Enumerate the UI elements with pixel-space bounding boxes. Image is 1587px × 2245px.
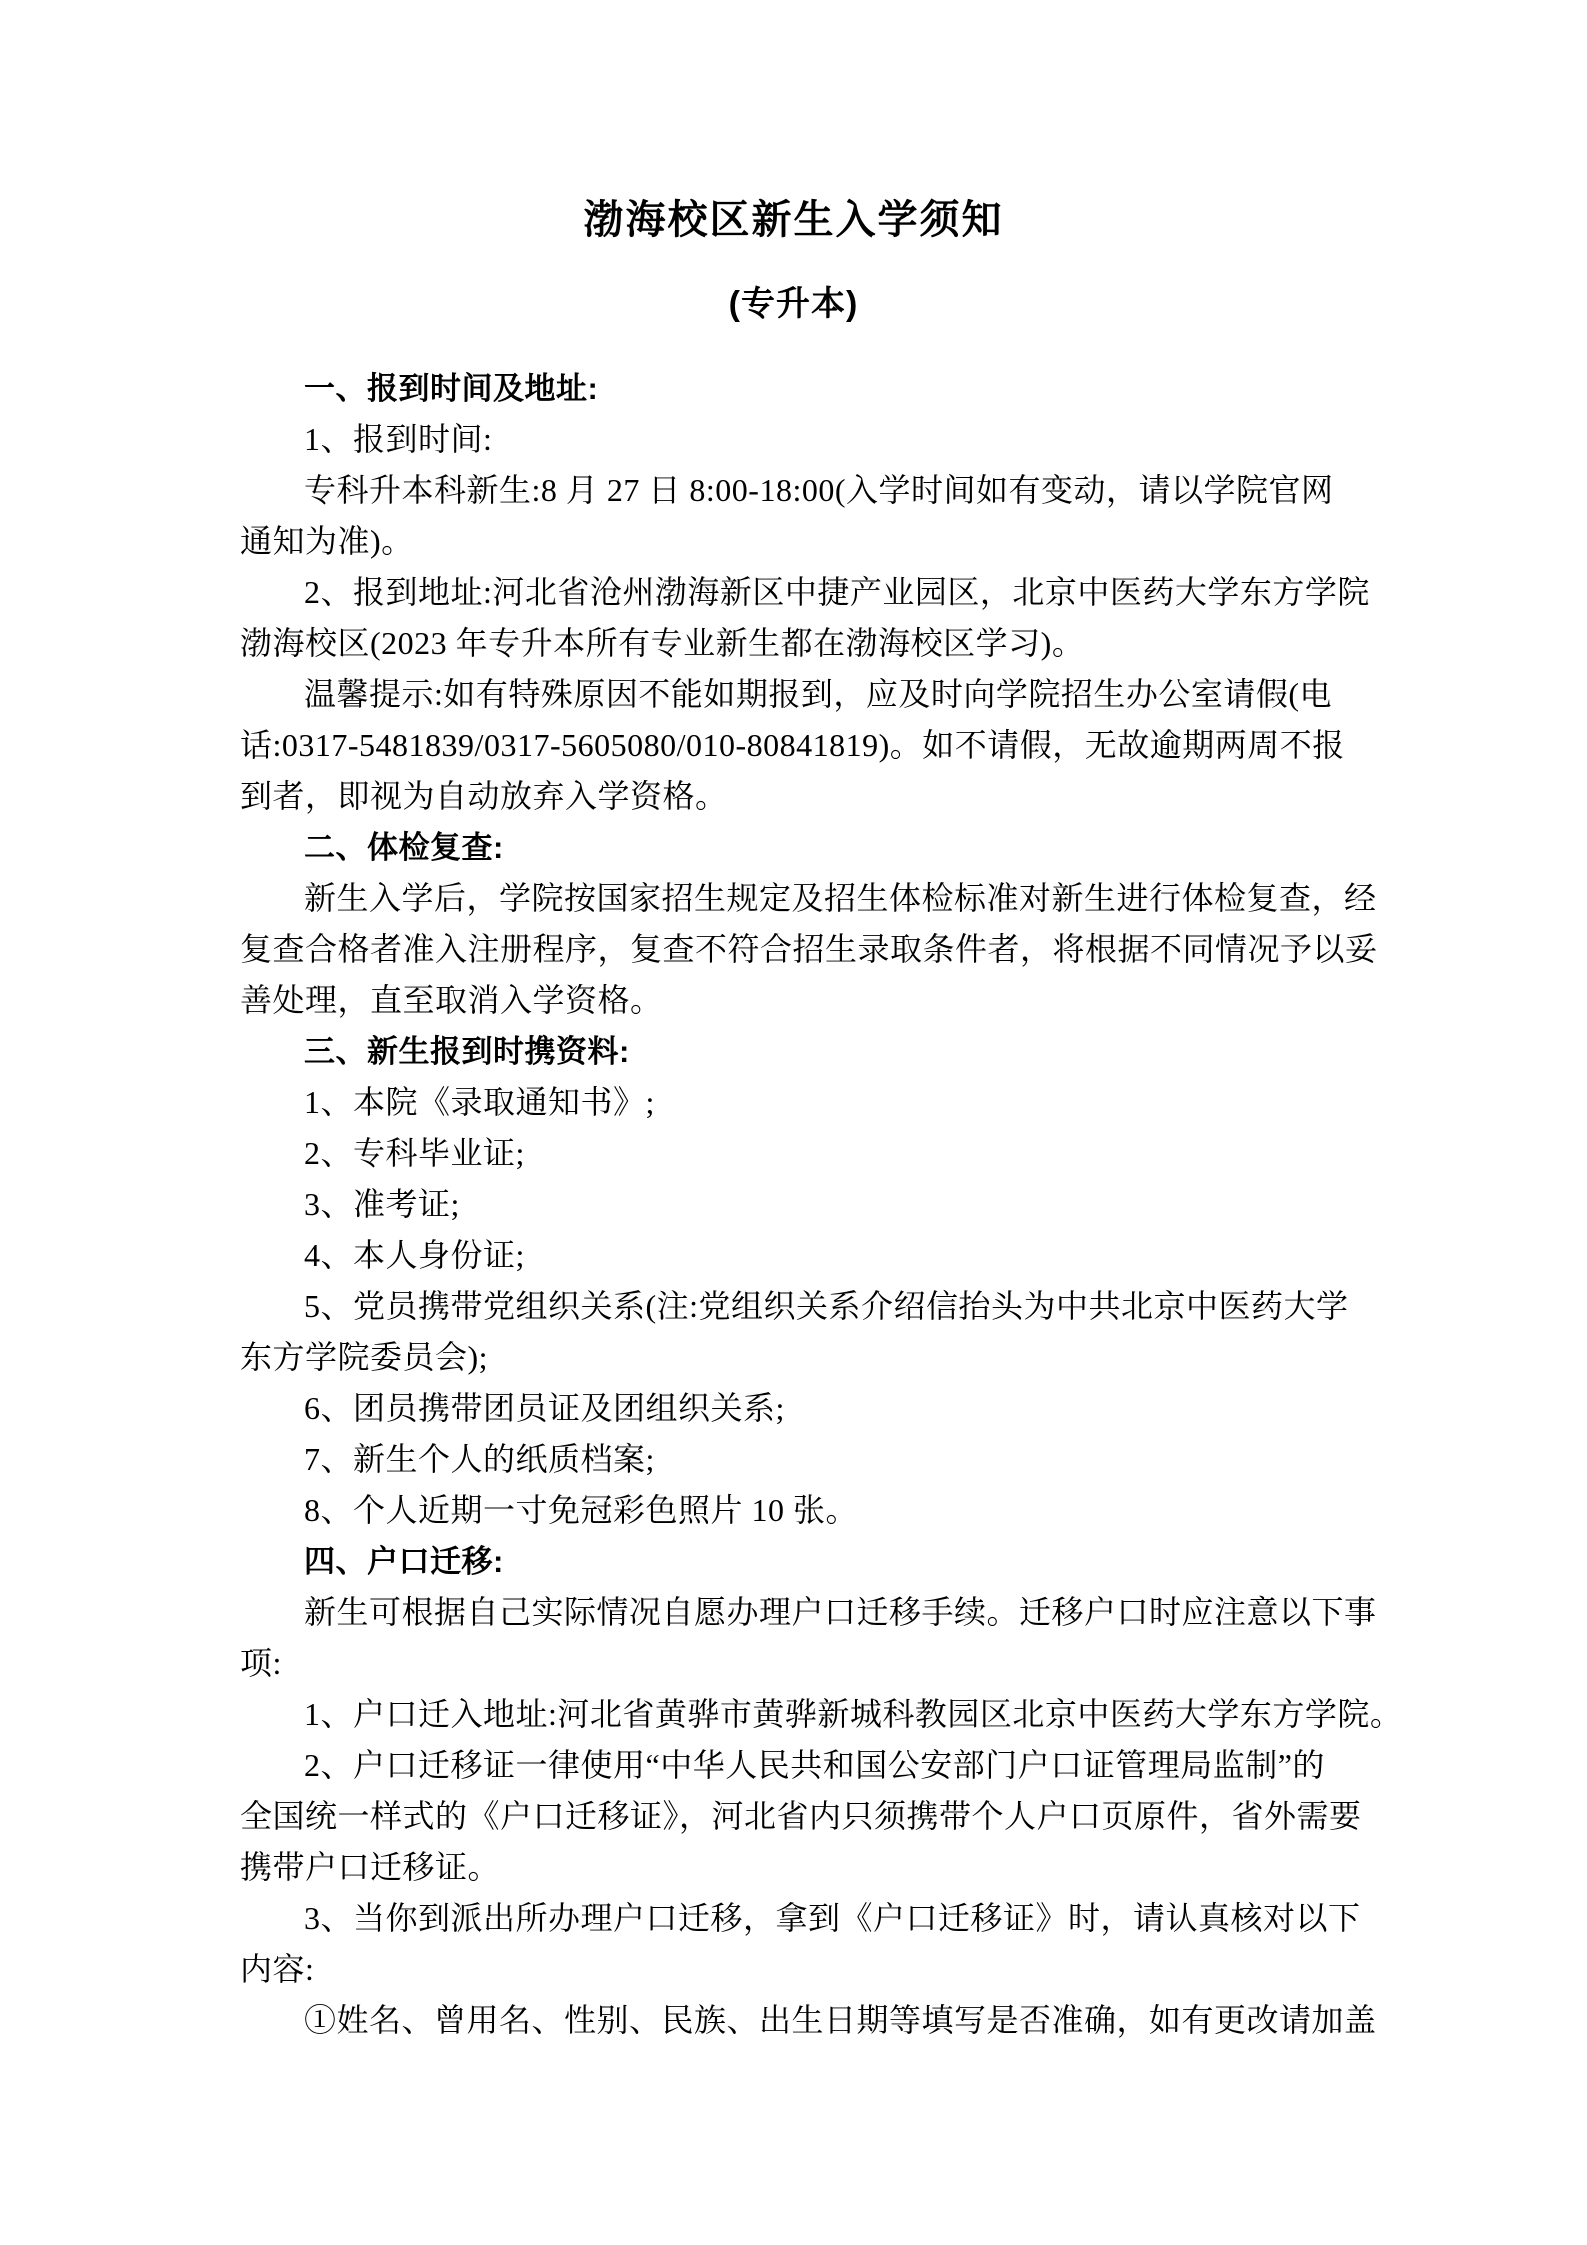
- text-line: 携带户口迁移证。: [240, 1842, 1370, 1893]
- text-line: 通知为准)。: [240, 516, 1370, 567]
- text-line: 话:0317-5481839/0317-5605080/010-80841819…: [240, 720, 1370, 771]
- section-heading-line: 二、体检复查:: [240, 822, 1370, 873]
- text-line: 到者，即视为自动放弃入学资格。: [240, 771, 1370, 822]
- document-subtitle: (专升本): [0, 283, 1587, 325]
- section-heading-line: 四、户口迁移:: [240, 1536, 1370, 1587]
- text-line: 东方学院委员会);: [240, 1332, 1370, 1383]
- text-line: 全国统一样式的《户口迁移证》，河北省内只须携带个人户口页原件，省外需要: [240, 1791, 1370, 1842]
- text-line: 2、报到地址:河北省沧州渤海新区中捷产业园区，北京中医药大学东方学院: [240, 567, 1370, 618]
- document-title: 渤海校区新生入学须知: [0, 196, 1587, 244]
- text-line: 4、本人身份证;: [240, 1230, 1370, 1281]
- text-line: 善处理，直至取消入学资格。: [240, 975, 1370, 1026]
- text-line: 温馨提示:如有特殊原因不能如期报到，应及时向学院招生办公室请假(电: [240, 669, 1370, 720]
- text-line: 复查合格者准入注册程序，复查不符合招生录取条件者，将根据不同情况予以妥: [240, 924, 1370, 975]
- document-body: 一、报到时间及地址:1、报到时间:专科升本科新生:8 月 27 日 8:00-1…: [240, 363, 1370, 2046]
- text-line: 7、新生个人的纸质档案;: [240, 1434, 1370, 1485]
- text-line: 6、团员携带团员证及团组织关系;: [240, 1383, 1370, 1434]
- section-heading-line: 三、新生报到时携资料:: [240, 1026, 1370, 1077]
- text-line: 1、报到时间:: [240, 414, 1370, 465]
- text-line: 2、专科毕业证;: [240, 1128, 1370, 1179]
- text-line: 3、当你到派出所办理户口迁移，拿到《户口迁移证》时，请认真核对以下: [240, 1893, 1370, 1944]
- section-heading-line: 一、报到时间及地址:: [240, 363, 1370, 414]
- text-line: 3、准考证;: [240, 1179, 1370, 1230]
- text-line: 项:: [240, 1638, 1370, 1689]
- text-line: 5、党员携带党组织关系(注:党组织关系介绍信抬头为中共北京中医药大学: [240, 1281, 1370, 1332]
- document-page: 渤海校区新生入学须知 (专升本) 一、报到时间及地址:1、报到时间:专科升本科新…: [0, 0, 1587, 2245]
- text-line: 新生入学后，学院按国家招生规定及招生体检标准对新生进行体检复查，经: [240, 873, 1370, 924]
- text-line: ①姓名、曾用名、性别、民族、出生日期等填写是否准确，如有更改请加盖: [240, 1995, 1370, 2046]
- text-line: 8、个人近期一寸免冠彩色照片 10 张。: [240, 1485, 1370, 1536]
- text-line: 2、户口迁移证一律使用“中华人民共和国公安部门户口证管理局监制”的: [240, 1740, 1370, 1791]
- text-line: 1、户口迁入地址:河北省黄骅市黄骅新城科教园区北京中医药大学东方学院。: [240, 1689, 1370, 1740]
- text-line: 渤海校区(2023 年专升本所有专业新生都在渤海校区学习)。: [240, 618, 1370, 669]
- text-line: 专科升本科新生:8 月 27 日 8:00-18:00(入学时间如有变动，请以学…: [240, 465, 1370, 516]
- text-line: 1、本院《录取通知书》;: [240, 1077, 1370, 1128]
- text-line: 内容:: [240, 1944, 1370, 1995]
- text-line: 新生可根据自己实际情况自愿办理户口迁移手续。迁移户口时应注意以下事: [240, 1587, 1370, 1638]
